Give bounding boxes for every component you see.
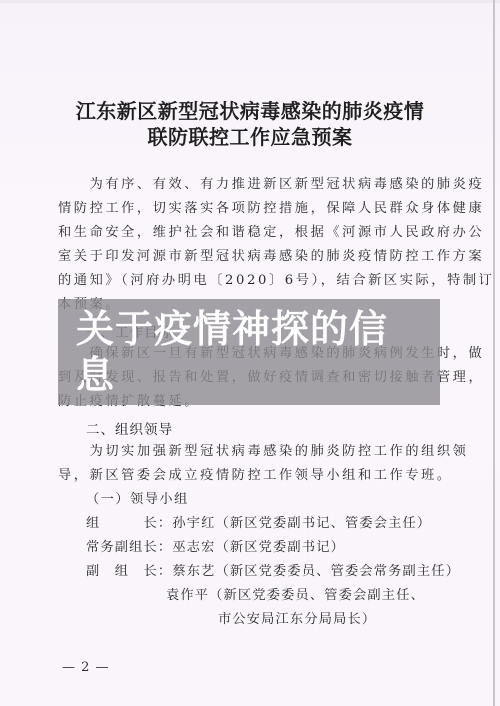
member-row: 市公安局江东分局局长） (218, 611, 500, 629)
member-name: 蔡东艺（新区党委委员、管委会常务副主任） (172, 564, 460, 579)
member-name: 市公安局江东分局局长） (218, 612, 376, 627)
document-page: 江东新区新型冠状病毒感染的肺炎疫情 联防联控工作应急预案 为有序、有效、有力推进… (0, 0, 500, 706)
overlay-title: 关于疫情神探的信息 (76, 306, 406, 398)
subsection-heading: （一）领导小组 (86, 491, 466, 509)
member-role: 组 长： (86, 516, 172, 531)
page-top-edge (0, 0, 500, 3)
intro-line: 和生命安全，维护社会和谐稳定，根据《河源市人民政府办公 (58, 224, 438, 242)
document-title-line1: 江东新区新型冠状病毒感染的肺炎疫情 (0, 95, 500, 124)
member-row: 组 长：孙宇红（新区党委副书记、管委会主任） (86, 515, 466, 533)
member-name: 孙宇红（新区党委副书记、管委会主任） (172, 516, 431, 531)
section2-line: 导，新区管委会成立疫情防控工作领导小组和工作专班。 (58, 467, 438, 485)
document-title-line2: 联防联控工作应急预案 (0, 121, 500, 150)
intro-line: 的通知》（河府办明电〔2020〕6号），结合新区实际，特制订 (58, 272, 438, 290)
page-number: — 2 — (62, 660, 110, 675)
intro-line: 情防控工作，切实落实各项防控措施，保障人民群众身体健康 (58, 200, 438, 218)
member-row: 副 组 长：蔡东艺（新区党委委员、管委会常务副主任） (86, 563, 466, 581)
section2-heading: 二、组织领导 (86, 418, 173, 438)
intro-line: 室关于印发河源市新型冠状病毒感染的肺炎疫情防控工作方案 (58, 248, 438, 266)
member-row: 常务副组长：巫志宏（新区党委副书记） (86, 539, 466, 557)
member-row: 袁作平（新区党委委员、管委会副主任、 (166, 587, 500, 605)
member-name: 巫志宏（新区党委副书记） (172, 540, 345, 555)
member-role: 常务副组长： (86, 540, 172, 555)
intro-line: 为有序、有效、有力推进新区新型冠状病毒感染的肺炎疫 (58, 176, 438, 194)
member-role: 副 组 长： (86, 564, 172, 579)
section2-line: 为切实加强新型冠状病毒感染的肺炎防控工作的组织领 (58, 443, 438, 461)
member-name: 袁作平（新区党委委员、管委会副主任、 (166, 588, 425, 603)
